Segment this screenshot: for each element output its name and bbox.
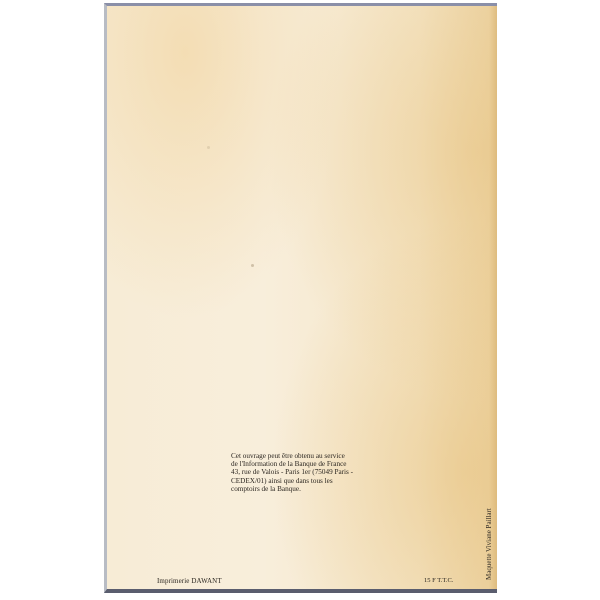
paper-spot	[251, 264, 254, 267]
notice-line: comptoirs de la Banque.	[231, 485, 391, 493]
notice-line: Cet ouvrage peut être obtenu au service	[231, 452, 391, 460]
availability-notice: Cet ouvrage peut être obtenu au service …	[231, 452, 391, 493]
notice-line: CEDEX/01) ainsi que dans tous les	[231, 477, 391, 485]
notice-line: de l'Information de la Banque de France	[231, 460, 391, 468]
price-label: 15 F T.T.C.	[424, 577, 453, 584]
notice-line: 43, rue de Valois - Paris 1er (75049 Par…	[231, 468, 391, 476]
paper-spot	[207, 146, 210, 149]
back-cover-page: Cet ouvrage peut être obtenu au service …	[104, 3, 497, 593]
printer-imprint: Imprimerie DAWANT	[157, 577, 222, 585]
scan-background: Cet ouvrage peut être obtenu au service …	[0, 0, 600, 600]
design-credit: Maquette Viviane Paillart	[484, 496, 494, 580]
